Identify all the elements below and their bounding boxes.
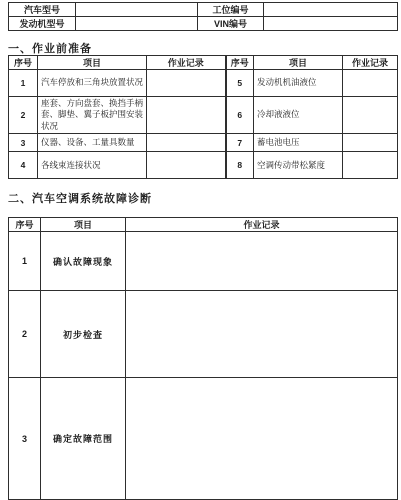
checklist-item: 汽车停放和三角块放置状况 [38, 70, 147, 97]
col-item-right: 项目 [254, 56, 343, 70]
col-no-left: 序号 [9, 56, 38, 70]
record-cell [147, 97, 226, 134]
record-cell [343, 70, 398, 97]
record-cell [126, 378, 398, 500]
record-cell [147, 134, 226, 152]
row-number: 5 [226, 70, 254, 97]
table-row: 2 初步检查 [9, 291, 398, 378]
diagnosis-step: 确定故障范围 [41, 378, 126, 500]
checklist-item: 仪器、设备、工量具数量 [38, 134, 147, 152]
checklist-item: 空调传动带松紧度 [254, 152, 343, 179]
table-header-row: 序号 项目 作业记录 [9, 218, 398, 232]
record-cell [147, 70, 226, 97]
ac-diagnosis-table: 序号 项目 作业记录 1 确认故障现象 2 初步检查 3 确定故障范围 [8, 217, 398, 500]
row-number: 3 [9, 134, 38, 152]
record-cell [343, 97, 398, 134]
station-number-label: 工位编号 [198, 3, 264, 17]
table-row: 发动机型号 VIN编号 [9, 17, 398, 31]
section2-title: 二、汽车空调系统故障诊断 [8, 190, 152, 206]
record-cell [147, 152, 226, 179]
table-row: 1 汽车停放和三角块放置状况 5 发动机机油液位 [9, 70, 398, 97]
car-model-field [76, 3, 198, 17]
row-number: 2 [9, 97, 38, 134]
checklist-item: 座套、方向盘套、换挡手柄套、脚垫、翼子板护围安装状况 [38, 97, 147, 134]
row-number: 6 [226, 97, 254, 134]
section1-title: 一、作业前准备 [8, 40, 92, 56]
checklist-item: 各线束连接状况 [38, 152, 147, 179]
engine-model-field [76, 17, 198, 31]
checklist-item: 发动机机油液位 [254, 70, 343, 97]
col-item-left: 项目 [38, 56, 147, 70]
col-item: 项目 [41, 218, 126, 232]
station-number-field [264, 3, 398, 17]
checklist-item: 蓄电池电压 [254, 134, 343, 152]
row-number: 7 [226, 134, 254, 152]
vin-number-label: VIN编号 [198, 17, 264, 31]
table-row: 3 确定故障范围 [9, 378, 398, 500]
col-record: 作业记录 [126, 218, 398, 232]
diagnosis-step: 确认故障现象 [41, 232, 126, 291]
table-row: 3 仪器、设备、工量具数量 7 蓄电池电压 [9, 134, 398, 152]
row-number: 1 [9, 232, 41, 291]
checklist-item: 冷却液液位 [254, 97, 343, 134]
row-number: 3 [9, 378, 41, 500]
record-cell [343, 134, 398, 152]
engine-model-label: 发动机型号 [9, 17, 76, 31]
col-no: 序号 [9, 218, 41, 232]
row-number: 1 [9, 70, 38, 97]
worksheet-page: 汽车型号 工位编号 发动机型号 VIN编号 一、作业前准备 序号 项目 作业记录… [0, 0, 401, 500]
car-model-label: 汽车型号 [9, 3, 76, 17]
table-row: 汽车型号 工位编号 [9, 3, 398, 17]
row-number: 2 [9, 291, 41, 378]
record-cell [126, 291, 398, 378]
record-cell [343, 152, 398, 179]
table-row: 4 各线束连接状况 8 空调传动带松紧度 [9, 152, 398, 179]
col-record-right: 作业记录 [343, 56, 398, 70]
record-cell [126, 232, 398, 291]
pre-work-checklist-table: 序号 项目 作业记录 序号 项目 作业记录 1 汽车停放和三角块放置状况 5 发… [8, 55, 398, 179]
vehicle-info-table: 汽车型号 工位编号 发动机型号 VIN编号 [8, 2, 398, 31]
row-number: 8 [226, 152, 254, 179]
col-record-left: 作业记录 [147, 56, 226, 70]
table-header-row: 序号 项目 作业记录 序号 项目 作业记录 [9, 56, 398, 70]
vin-number-field [264, 17, 398, 31]
row-number: 4 [9, 152, 38, 179]
col-no-right: 序号 [226, 56, 254, 70]
table-row: 2 座套、方向盘套、换挡手柄套、脚垫、翼子板护围安装状况 6 冷却液液位 [9, 97, 398, 134]
diagnosis-step: 初步检查 [41, 291, 126, 378]
table-row: 1 确认故障现象 [9, 232, 398, 291]
